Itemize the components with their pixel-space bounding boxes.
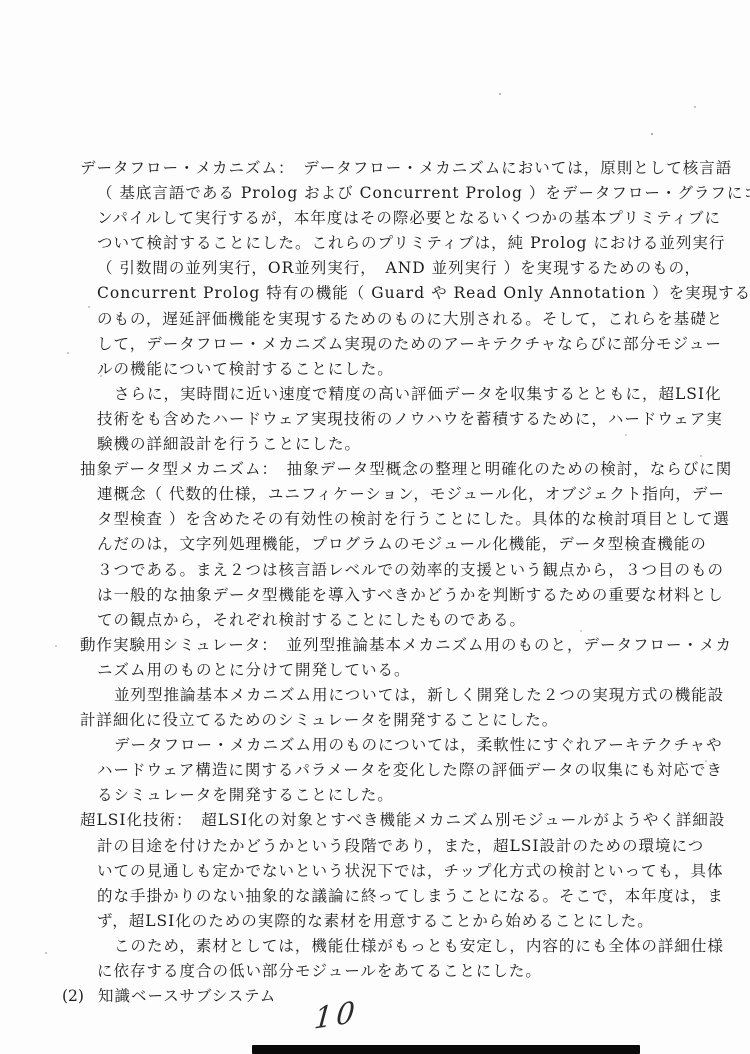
text-line: ハードウェア構造に関するパラメータを変化した際の評価データの収集にも対応でき [0, 758, 750, 783]
section-heading-line-abstract-datatype: 抽象データ型メカニズム： 抽象データ型概念の整理と明確化のための検討，ならびに関 [0, 457, 750, 482]
section-heading-line-vlsi: 超LSI化技術： 超LSI化の対象とすべき機能メカニズム別モジュールがようやく詳… [0, 808, 750, 833]
text-line: 連概念（ 代数的仕様，ユニフィケーション，モジュール化，オブジェクト指向，デー [0, 482, 750, 507]
text-line: いての見通しも定かでないという状況下では，チップ化方式の検討といっても，具体 [0, 859, 750, 884]
text-line: タ型検査 ）を含めたその有効性の検討を行うことにした。具体的な検討項目として選 [0, 507, 750, 532]
footer-heading-line: (2)知識ベースサブシステム [0, 984, 750, 1009]
text-line: ルの機能について検討することにした。 [0, 357, 750, 382]
text-line: このため，素材としては，機能仕様がもっとも安定し，内容的にも全体の詳細仕様 [0, 934, 750, 959]
scan-noise-specks [499, 93, 501, 95]
handwritten-page-number: 10 [313, 994, 360, 1036]
text-line: ての観点から，それぞれ検討することにしたものである。 [0, 608, 750, 633]
text-line: データフロー・メカニズム用のものについては，柔軟性にすぐれアーキテクチャや [0, 733, 750, 758]
text-line: 験機の詳細設計を行うことにした。 [0, 432, 750, 457]
text-line: ニズム用のものとに分けて開発している。 [0, 658, 750, 683]
section-heading-line-dataflow: データフロー・メカニズム： データフロー・メカニズムにおいては，原則として核言語 [0, 156, 750, 181]
text-line: 計の目途を付けたかどうかという段階であり，また，超LSI設計のための環境につ [0, 834, 750, 859]
text-line: ついて検討することにした。これらのプリミティブは，純 Prolog における並列… [0, 231, 750, 256]
text-line: んだのは，文字列処理機能，プログラムのモジュール化機能，データ型検査機能の [0, 532, 750, 557]
text-line: （ 引数間の並列実行，OR並列実行， AND 並列実行 ）を実現するためのもの， [0, 256, 750, 281]
text-line: るシミュレータを開発することにした。 [0, 783, 750, 808]
text-line: さらに，実時間に近い速度で精度の高い評価データを収集するとともに，超LSI化 [0, 382, 750, 407]
text-line: ず，超LSI化のための実際的な素材を用意することから始めることにした。 [0, 909, 750, 934]
text-line: ンパイルして実行するが，本年度はその際必要となるいくつかの基本プリミティブに [0, 206, 750, 231]
section-heading-line-simulator: 動作実験用シミュレータ： 並列型推論基本メカニズム用のものと，データフロー・メカ [0, 633, 750, 658]
text-line: Concurrent Prolog 特有の機能（ Guard や Read On… [0, 281, 750, 306]
text-line: は一般的な抽象データ型機能を導入すべきかどうかを判断するための重要な材料とし [0, 583, 750, 608]
text-line: して，データフロー・メカニズム実現のためのアーキテクチャならびに部分モジュー [0, 332, 750, 357]
text-line: 計詳細化に役立てるためのシミュレータを開発することにした。 [0, 708, 750, 733]
scanned-page: データフロー・メカニズム： データフロー・メカニズムにおいては，原則として核言語… [0, 0, 750, 1054]
document-body: データフロー・メカニズム： データフロー・メカニズムにおいては，原則として核言語… [0, 156, 750, 1009]
footer-section-title: 知識ベースサブシステム [98, 987, 276, 1005]
text-line: ３つである。まえ２つは核言語レベルでの効率的支援という観点から，３つ目のもの [0, 558, 750, 583]
text-line: 的な手掛かりのない抽象的な議論に終ってしまうことになる。そこで，本年度は，ま [0, 884, 750, 909]
text-line: 技術をも含めたハードウェア実現技術のノウハウを蓄積するために，ハードウェア実 [0, 407, 750, 432]
text-line: 並列型推論基本メカニズム用については，新しく開発した２つの実現方式の機能設 [0, 683, 750, 708]
text-line: のもの，遅延評価機能を実現するためのものに大別される。そして，これらを基礎と [0, 307, 750, 332]
footer-item-number: (2) [62, 987, 84, 1005]
scan-artifact-bar [252, 1045, 640, 1054]
text-line: （ 基底言語である Prolog および Concurrent Prolog ）… [0, 181, 750, 206]
text-line: に依存する度合の低い部分モジュールをあてることにした。 [0, 959, 750, 984]
